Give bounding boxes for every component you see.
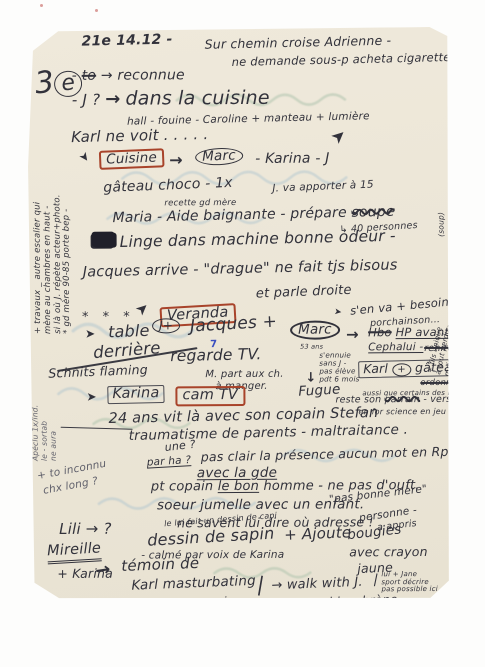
line-j-cuisine: - J ? → dans la cuisine (72, 88, 270, 110)
line-reste-parrain: reste son parrain - vers volume (335, 395, 451, 406)
line-temoin-de: témoin de (121, 555, 200, 575)
line-gateau-choco: gâteau choco - 1x (103, 176, 233, 197)
line-regarde-tv: regarde TV. (170, 346, 262, 365)
line-au-revoir: Au revoir → serre main - (109, 596, 241, 601)
line-j-main: dans la cuisine (125, 87, 269, 110)
arrow-karina-icon: ➤ (86, 391, 96, 404)
note-paper: 3e 21e 14.12 - Sur chemin croise Adrienn… (27, 27, 452, 601)
divider-bar: | (256, 572, 267, 595)
struck-hbo: Hbo (368, 325, 392, 339)
line-avec-crayon: avec crayon (349, 545, 428, 559)
date: 21e 14.12 - (81, 33, 172, 50)
word-une: une ? (164, 439, 196, 454)
karl-label: Karl (363, 361, 388, 377)
note-m-part-1: M. part aux ch. (205, 369, 283, 380)
line-ajoute: + Ajoute (284, 524, 352, 543)
circled-plus: + (392, 363, 411, 376)
line-linge: Linge dans machine bonne odeur - (119, 228, 396, 251)
ink-scribble-block (92, 232, 115, 247)
line-reconnue: - to → reconnue (72, 68, 185, 84)
note-jane-block: lui + Jane sport décrire pas possible ic… (381, 571, 439, 594)
arrow-icon: → (346, 326, 359, 343)
margin-left-line-4: * gd mère 90-85 porte bep - (62, 109, 73, 334)
margin-left-note: + travaux _ autre escalier qui mène au c… (33, 109, 73, 334)
margin-pencil-line-3: ne aura (48, 389, 57, 461)
word-par-ha: par ha ? (146, 455, 191, 469)
line-lili: Lili → ? (59, 521, 112, 538)
line-bougies: bougies (346, 522, 402, 543)
vers-volume-text: - vers volume (423, 394, 451, 405)
arrow-ne-icon: ➤ (132, 298, 153, 319)
line-schnits: Schnits flaming (48, 363, 148, 381)
line-cephalui: Cephalui - (368, 342, 423, 354)
line-karl-ne-voit: Karl ne voit . . . . . (71, 126, 209, 146)
corner-mark-number: 3 (33, 65, 56, 102)
line-j-prefix: - J ? (72, 91, 100, 109)
line-maria-text: Maria - Aide baignante - prépare (112, 205, 347, 226)
circled-j-plus: J+ (152, 318, 180, 333)
struck-word: to (82, 68, 97, 84)
pencil-box-karina: Karina (107, 385, 165, 404)
le-bon-underlined: le bon (218, 479, 259, 494)
scan-speck (40, 4, 43, 7)
scan-speck (95, 9, 98, 12)
line-jacques-arrive: Jacques arrive - "drague" ne fait tjs bi… (83, 258, 398, 281)
circled-marc: Marc (195, 147, 243, 166)
pt-copain-text: pt copain (151, 479, 214, 494)
line-parle-droite: et parle droite (256, 284, 352, 302)
margin-note-soup: (soup) (437, 212, 445, 237)
line-walk-with-j: → walk with J. (271, 576, 363, 594)
red-box-cam-tv: cam TV (175, 386, 245, 406)
header-line-2: ne demande sous-p acheta cigarette (232, 51, 451, 69)
header-line-1: Sur chemin croise Adrienne - (204, 34, 391, 52)
line-table: table (108, 322, 150, 341)
line-pas-clair: pas clair la présence aucun mot en Rpt (201, 445, 452, 464)
arrow-table-icon: ➤ (85, 328, 95, 341)
red-box-cuisine: Cuisine (99, 148, 164, 169)
arrow-small-icon: ➤ (333, 308, 342, 319)
line-jacques-2: Jacques + (190, 313, 278, 337)
arrow-ne-icon: ➤ (328, 125, 351, 149)
arrow-icon: → (169, 151, 183, 169)
note-jane-3: pas possible ici (381, 586, 439, 594)
scribbled-soupe: soupe (351, 204, 395, 221)
circled-marc-2: Marc (290, 320, 340, 339)
line-masturbating: Karl masturbating (131, 574, 256, 594)
arrow-down-icon: ➤ (76, 149, 93, 165)
scribbled-parrain: parrain (385, 394, 421, 405)
struck-ordonne: ordonne (420, 379, 451, 389)
arrow-icon: → (94, 560, 112, 582)
arrow-icon: → (105, 89, 120, 110)
line-karina-j: - Karina - J (255, 152, 329, 168)
reste-text: reste son (335, 394, 381, 405)
dash: - (72, 68, 77, 84)
margin-pencil-line-1: Apéclu 1x/ind. (30, 389, 39, 461)
line-reconnue-text: → reconnue (101, 67, 185, 83)
margin-pencil-line-2: le - sortab (39, 389, 48, 461)
note-apporter: J. va apporter à 15 (272, 180, 374, 196)
margin-left-pencil-note: Apéclu 1x/ind. le - sortab ne aura (30, 389, 57, 461)
